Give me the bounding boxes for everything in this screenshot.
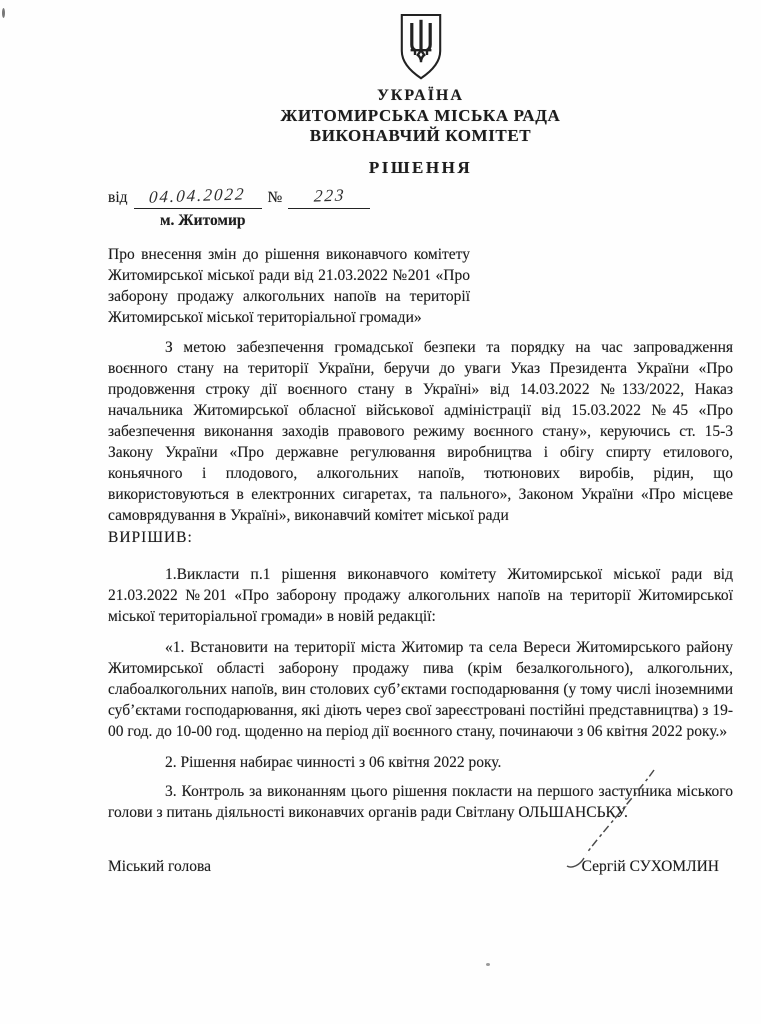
resolution-item-1: 1.Викласти п.1 рішення виконавчого коміт… <box>108 564 733 627</box>
preamble-paragraph: З метою забезпечення громадської безпеки… <box>108 337 733 526</box>
city-name: м. Житомир <box>160 211 733 231</box>
date-field: 04.04.2022 <box>134 185 262 209</box>
committee-name: ВИКОНАВЧИЙ КОМІТЕТ <box>108 126 733 146</box>
number-handwritten-value: 223 <box>313 184 346 207</box>
signatory-name-wrap: Сергій СУХОМЛИН <box>582 856 719 878</box>
document-type-title: РІШЕННЯ <box>108 157 733 178</box>
resolution-item-3: 3. Контроль за виконанням цього рішення … <box>108 781 733 823</box>
country-name: УКРАЇНА <box>108 86 733 106</box>
signatory-position: Міський голова <box>108 856 211 878</box>
resolved-label: ВИРІШИВ: <box>108 527 733 548</box>
date-handwritten-value: 04.04.2022 <box>149 183 247 208</box>
ukraine-trident-icon <box>397 12 445 82</box>
signature-row: Міський голова Сергій СУХОМЛИН <box>108 856 733 878</box>
signatory-name: Сергій СУХОМЛИН <box>582 858 719 875</box>
scan-speck <box>486 963 490 966</box>
document-header: УКРАЇНА ЖИТОМИРСЬКА МІСЬКА РАДА ВИКОНАВЧ… <box>108 12 733 178</box>
scan-speck <box>2 8 5 18</box>
resolution-item-2: 2. Рішення набирає чинності з 06 квітня … <box>108 752 733 773</box>
meta-row: від04.04.2022№223 <box>108 185 733 209</box>
council-name: ЖИТОМИРСЬКА МІСЬКА РАДА <box>108 106 733 126</box>
subject-paragraph: Про внесення змін до рішення виконавчого… <box>108 244 470 328</box>
number-label: № <box>268 189 283 206</box>
number-field: 223 <box>288 185 370 209</box>
document-page: УКРАЇНА ЖИТОМИРСЬКА МІСЬКА РАДА ВИКОНАВЧ… <box>0 0 761 1024</box>
document-body: З метою забезпечення громадської безпеки… <box>108 337 733 823</box>
emblem-wrap <box>108 12 733 84</box>
date-label: від <box>108 189 128 206</box>
resolution-item-1-new-wording: «1. Встановити на території міста Житоми… <box>108 637 733 742</box>
